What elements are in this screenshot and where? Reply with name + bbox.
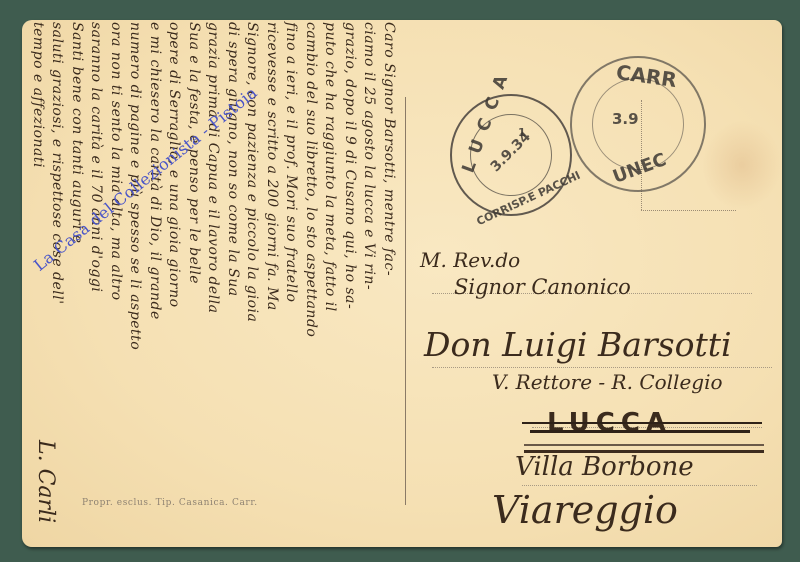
postcard: Caro Signor Barsotti, mentre fac-ciamo i… [22, 20, 782, 547]
letter-line: opere di Serraglio, e una gioia giorno [164, 22, 184, 522]
carrara-postmark: CARR 3.9 UNEC [570, 56, 706, 192]
card-divider [405, 97, 406, 505]
address-rule [524, 444, 764, 446]
paper-stain [702, 120, 782, 210]
address-role: V. Rettore - R. Collegio [492, 370, 723, 394]
address-salutation: M. Rev.do [420, 248, 520, 272]
letter-line: saranno la carità e il 70 anni d'oggi [86, 22, 106, 522]
letter-line: fino a ieri, e il prof. Mori suo fratell… [281, 22, 301, 522]
letter-line: puto che ha raggiunto la meta, fatto il [320, 22, 340, 522]
letter-line: Santi bene con tanti auguri e [67, 22, 87, 522]
letter-line: ricevesse e scritto a 200 giorni fa. Ma [262, 22, 282, 522]
letter-line: cambio del suo libretto, lo sto aspettan… [301, 22, 321, 522]
letter-signature: L. Carli [33, 440, 58, 523]
letter-line: numero di pagine e più spesso se li aspe… [125, 22, 145, 522]
printer-imprint: Propr. esclus. Tip. Casanica. Carr. [82, 498, 258, 508]
address-street: Villa Borbone [515, 452, 694, 482]
letter-line: grazia prima di Capua e il lavoro della [203, 22, 223, 522]
letter-line: Caro Signor Barsotti, mentre fac- [379, 22, 399, 522]
address-recipient-name: Don Luigi Barsotti [424, 325, 732, 364]
letter-line: ora non ti sento la mia alta, ma altro [106, 22, 126, 522]
stamp-box-border [641, 210, 736, 211]
letter-line: e mi chiesero la carità di Dio, il grand… [145, 22, 165, 522]
address-line [432, 367, 772, 368]
address-title: Signor Canonico [454, 275, 631, 299]
letter-lines: Caro Signor Barsotti, mentre fac-ciamo i… [28, 22, 399, 522]
letter-line: grazio, dopo il 9 di Cusano qui, ho sa- [340, 22, 360, 522]
lucca-postmark: LUCCA 3.9.34 1 CORRISP.E PACCHI [450, 94, 572, 216]
address-line [522, 485, 757, 486]
address-city: Viareggio [492, 488, 678, 532]
letter-line: Sua e la festa, e penso per le belle [184, 22, 204, 522]
strikethrough-line [530, 430, 750, 433]
handwritten-letter: Caro Signor Barsotti, mentre fac-ciamo i… [22, 20, 406, 547]
letter-line: ciamo il 25 agosto la lucca e Vi rin- [359, 22, 379, 522]
strikethrough-line [522, 422, 762, 424]
